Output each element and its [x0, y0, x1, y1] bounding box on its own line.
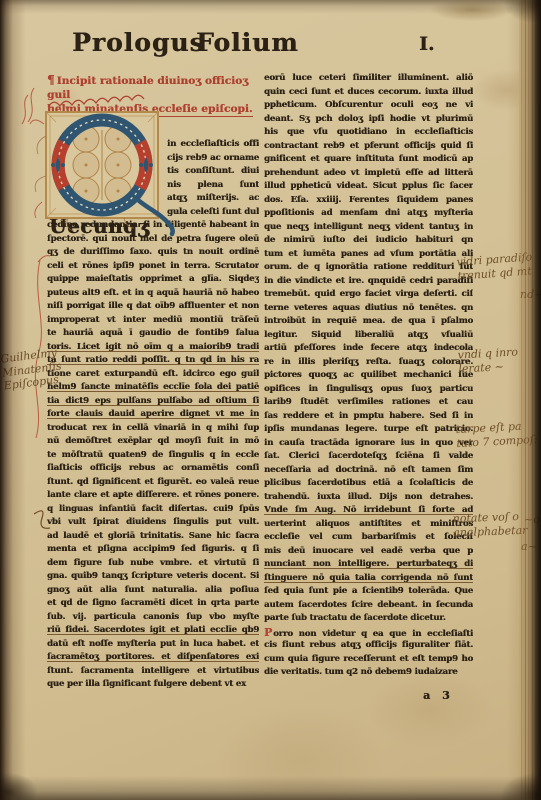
text-line: ppheticum. Obſcurentur oculi eoʒ ne vi	[264, 99, 473, 113]
running-title-prologus: Prologus	[72, 28, 205, 57]
margin-note: vndi q inrolerate ~	[457, 345, 519, 375]
running-title-folium: Folium	[196, 28, 299, 57]
text-line: artiū pfeſſores inde fecere atqʒ indecol…	[264, 342, 473, 356]
quire-signature: a 3	[423, 689, 450, 702]
rubric-text-1: Incipit rationale diuinoʒ officioʒ guil	[47, 75, 248, 101]
text-line: vbi vult ſpirat diuidens ſingulis put vu…	[47, 516, 259, 530]
text-line: tia dict9 eps pulſans pulſabo ad oſtium …	[47, 395, 259, 409]
text-line: die veritatis. tum q2 nō debem9 iudaizar…	[264, 666, 473, 680]
text-line: ſat. Clerici ſacerdoteſqʒ ſciēna ſi vald…	[264, 450, 473, 464]
text-line: nū demōſtret exēplar qd moyſi fuit in mō	[47, 435, 259, 449]
text-line: uerterint aliquos antiſtites et miniſtro…	[264, 518, 473, 532]
text-line: dos. Eſa. xxiiij. Ferentes ſiquidem pane…	[264, 194, 473, 208]
text-line: et qd de ſigno ſacramēti dicet in qrta p…	[47, 597, 259, 611]
text-line: puteus alt9 eſt. et in q aquā hauriā nō …	[47, 287, 259, 301]
edge-mark: a~	[521, 540, 537, 553]
text-line: mis deū inuocare vel eadē verba que p	[264, 545, 473, 559]
text-line: troducat rex in cellā vinariā in q mihi …	[47, 422, 259, 436]
text-line: cijs reb9 ac orname	[167, 152, 259, 166]
text-line: Porro non videtur q ea que in eccleſiaſt…	[264, 626, 473, 640]
text-line: tione caret exturpandū eſt. idcirco ego …	[47, 368, 259, 382]
text-column-left: Uecunqʒ in eccleſiaſticis officijs reb9 …	[47, 114, 259, 692]
text-line: tremebūt. quid ergo faciet virga deſerti…	[264, 288, 473, 302]
paragraph-mark-icon: ¶	[47, 73, 55, 87]
text-line: ſtunt. qd ſignificent et figurēt. eo val…	[47, 476, 259, 490]
text-line: quippe maieſtatis opprimet a glīa. Siqde…	[47, 273, 259, 287]
margin-note: GuilhelmyMinatenſisEpiſcopus	[0, 346, 64, 393]
text-line: ppoſitionis ad menſam dni atqʒ myſteria	[264, 207, 473, 221]
text-line: ad laudē et gloriā trinitatis. Sane hic …	[47, 530, 259, 544]
text-line: lante clare et apte diſſerere. et rōnes …	[47, 489, 259, 503]
text-line: ſub. vij. particula canonis ſup vbo myſt…	[47, 611, 259, 625]
text-line: illud ppheticū videat. Sicut pplus ſic ſ…	[264, 180, 473, 194]
text-line: q linguas infantiū facit diſertas. cui9 …	[47, 503, 259, 517]
text-line: re in illis pleriſqʒ reſta. ſuaqʒ colora…	[264, 356, 473, 370]
text-line: deant. Sʒ pch doloʒ ipſi hodie vt plurim…	[264, 113, 473, 127]
text-line: tis conſiſtunt. diui	[167, 165, 259, 179]
text-line: contractant reb9 et pferunt officijs qui…	[264, 140, 473, 154]
text-line: datū eſt noſſe myſteria put in luca habe…	[47, 638, 259, 652]
edge-mark: nd~	[520, 288, 541, 301]
text-line: eccleſie vel cum barbariſmis et ſoleciſ	[264, 531, 473, 545]
text-line: introibūt in requiē mea. de qua ī pſalmo	[264, 315, 473, 329]
right-column-lines: eorū luce ceteri ſimiliter illuminent. a…	[264, 72, 473, 680]
rubric-incipit: ¶Incipit rationale diuinoʒ officioʒ guil…	[47, 73, 275, 116]
text-line: que neqʒ intelligunt neqʒ vident tantuʒ …	[264, 221, 473, 235]
text-line: niſi porrigat ille q dat oīb9 affluenter…	[47, 300, 259, 314]
text-line: gna. quib9 tanqʒ ſcripture veteris docen…	[47, 570, 259, 584]
text-line: te hauriā aquā ī gaudio de fontib9 ſalua	[47, 327, 259, 341]
incunable-page-photo: Prologus Folium I. ¶Incipit rationale di…	[0, 0, 541, 800]
text-line: ſpectorē. qui nouit mel de petra ſugere …	[47, 233, 259, 247]
text-line: pictores quoqʒ ac quilibet mechanici ſue	[264, 369, 473, 383]
text-line: opifices in ſingulisqʒ opus ſuoʒ particu	[264, 383, 473, 397]
text-line: gnificent et quare inſtituta ſunt modicū…	[264, 153, 473, 167]
text-line: ſtinguere nō quia talia corrigenda nō ſu…	[264, 572, 473, 586]
text-line: in eccleſiaſticis offi	[167, 138, 259, 152]
text-line: prehendunt adeo vt impletū eſſe ad litte…	[264, 167, 473, 181]
text-line: parte ſub tractatu de ſacerdote dicetur.	[264, 612, 473, 626]
text-line: gula celeſti ſunt dul	[167, 206, 259, 220]
margin-note-line: lerate ~	[458, 359, 519, 376]
lombard-initial: P	[264, 626, 273, 639]
text-line: trahendū. iuxta illud. Dijs non detrahes…	[264, 491, 473, 505]
folio-number: I.	[419, 33, 435, 55]
text-line: ſacramētoʒ portitores. et diſpenſatores …	[47, 651, 259, 665]
text-line: plicibus ſacerdotibus etiā a ſcolaſticis…	[264, 477, 473, 491]
text-line: Vnde ſm Aug. Nō irridebunt ſi forte ad	[264, 504, 473, 518]
page-edges	[519, 0, 541, 800]
text-line: improperat vt inter mediū montiū trāſeū	[47, 314, 259, 328]
margin-note-line: analphabetar	[453, 523, 528, 539]
text-line: cum quia figure receſſerunt et eſt temp9…	[264, 653, 473, 667]
text-line: helm9 ſancte minatēſis ecclīe ſola dei p…	[47, 381, 259, 395]
margin-note: notate voſ oanalphabetar	[453, 510, 528, 540]
text-line: nunciant non intelligere. perturbateqʒ d…	[264, 558, 473, 572]
text-line: orum. de q ignorātia ratione reddituri ſ…	[264, 261, 473, 275]
text-line: forte clauis dauid aperire dignet vt me …	[47, 408, 259, 422]
text-line: riū fidei. Sacerdotes igit et plati eccl…	[47, 624, 259, 638]
text-line: ſed quia ſunt pie a ſcientib9 tolerāda. …	[264, 585, 473, 599]
text-line: his que vſu quotidiano in eccleſiaſticis	[264, 126, 473, 140]
text-line: dem figure ſub nube vmbre. et virtutū ſi	[47, 557, 259, 571]
text-line: ta ſunt ratio reddi poſſit. q tn qd in h…	[47, 354, 259, 368]
text-line: que per illa ſignificant fulgere debent …	[47, 678, 259, 692]
text-line: ſas reddere et in pmptu habere. Sed ſi i…	[264, 410, 473, 424]
text-line: autem ſacerdotes ſcire debeant. in ſecun…	[264, 599, 473, 613]
text-line: larib9 ſtudēt verſimiles rationes et cau	[264, 396, 473, 410]
initial-spacer	[47, 114, 167, 214]
text-line: ſiaſticis officijs rebus ac ornamētis co…	[47, 462, 259, 476]
text-line: menta et pſigna accipim9 ſed figuris. q …	[47, 543, 259, 557]
rubric-line-1: ¶Incipit rationale diuinoʒ officioʒ guil	[47, 73, 275, 102]
text-line: gnoʒ aūt alia ſunt naturalia. alia poſiu…	[47, 584, 259, 598]
margin-note: turpe eſt patuto 7 compoſ:	[455, 419, 538, 450]
text-line: de nimirū iuſto dei iudicio habituri qn	[264, 234, 473, 248]
text-line: legitur. Siquid liberaliū atqʒ vſualiū	[264, 329, 473, 343]
text-line: quin ceci ſunt et duces cecorum. iuxta i…	[264, 86, 473, 100]
text-line: neceſſaria ad doctrinā. nō eſt tamen ſim	[264, 464, 473, 478]
text-line: atqʒ miſterijs. ac ſin	[167, 192, 259, 206]
text-line: celi et rōnes ipſi9 ponet in terra. Scru…	[47, 260, 259, 274]
text-line: qʒ de duriſſimo ſaxo. quis tn nouit ordi…	[47, 246, 259, 260]
text-line: te mōſtratū quaten9 de ſingulis q in ecc…	[47, 449, 259, 463]
edge-mark: ~o	[524, 513, 540, 526]
text-line: ipſis mundanas legere. turpe eſt patrici…	[264, 423, 473, 437]
text-column-right: eorū luce ceteri ſimiliter illuminent. a…	[264, 72, 473, 680]
text-line: eorū luce ceteri ſimiliter illuminent. a…	[264, 72, 473, 86]
text-line: nis plena ſunt ſignis	[167, 179, 259, 193]
text-line: terne veteres aquas diutius nō tenētes. …	[264, 302, 473, 316]
text-line: cis fiunt rebus atqʒ officijs figuralite…	[264, 639, 473, 653]
margin-note: vidri paradiſotrenuit qd mt	[456, 250, 533, 282]
left-column-lines: in eccleſiaſticis officijs reb9 ac ornam…	[47, 138, 259, 692]
text-line: in cauſa tractāda ignorare ius in quo ve…	[264, 437, 473, 451]
text-line: tum et iumēta panes ad vſum portātia ali	[264, 248, 473, 262]
text-line: toris. Licet igit nō oīm q a maiorib9 tr…	[47, 341, 259, 355]
text-line: in die vindicte et ire. qnquidē cedri pa…	[264, 275, 473, 289]
text-line: cedine redundantia. ſi in diligentē habe…	[47, 219, 259, 233]
text-line: ſtunt. ſacramenta intelligere et virtuti…	[47, 665, 259, 679]
